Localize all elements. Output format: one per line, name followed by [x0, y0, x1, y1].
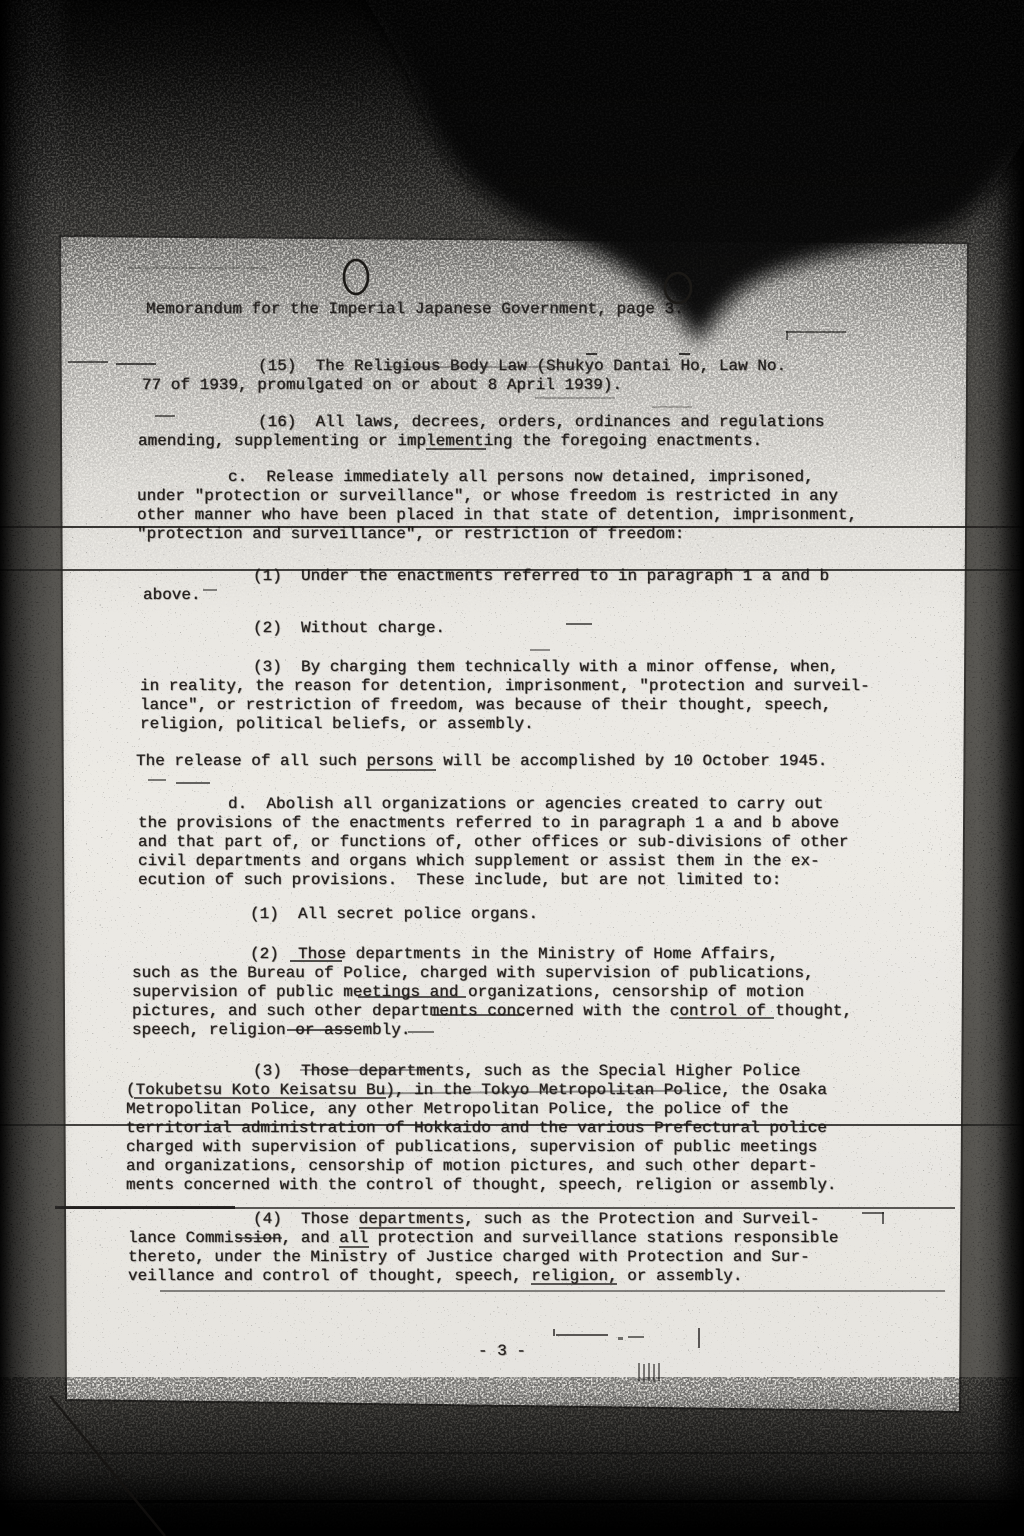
memo-header-line: Memorandum for the Imperial Japanese Gov… — [146, 300, 986, 319]
memo-item-d2: (2) Those departments in the Ministry of… — [132, 945, 972, 1040]
memo-item-c3: (3) By charging them technically with a … — [140, 658, 980, 734]
memo-item-16: (16) All laws, decrees, orders, ordinanc… — [138, 413, 978, 451]
memo-item-c2: (2) Without charge. — [253, 619, 1024, 638]
memo-item-d: d. Abolish all organizations or agencies… — [138, 795, 978, 890]
memo-item-c1: (1) Under the enactments referred to in … — [143, 567, 983, 605]
memo-item-d1: (1) All secret police organs. — [250, 905, 1024, 924]
memo-item-c: c. Release immediately all persons now d… — [137, 468, 977, 544]
memo-item-d4: (4) Those departments, such as the Prote… — [128, 1210, 968, 1286]
page-number: - 3 - — [478, 1342, 1024, 1361]
memo-item-d3: (3) Those departments, such as the Speci… — [126, 1062, 966, 1195]
memo-release-statement: The release of all such persons will be … — [136, 752, 976, 771]
memo-body: Memorandum for the Imperial Japanese Gov… — [0, 0, 1024, 1536]
memo-item-15: (15) The Religious Body Law (Shukyo Dant… — [142, 357, 982, 395]
